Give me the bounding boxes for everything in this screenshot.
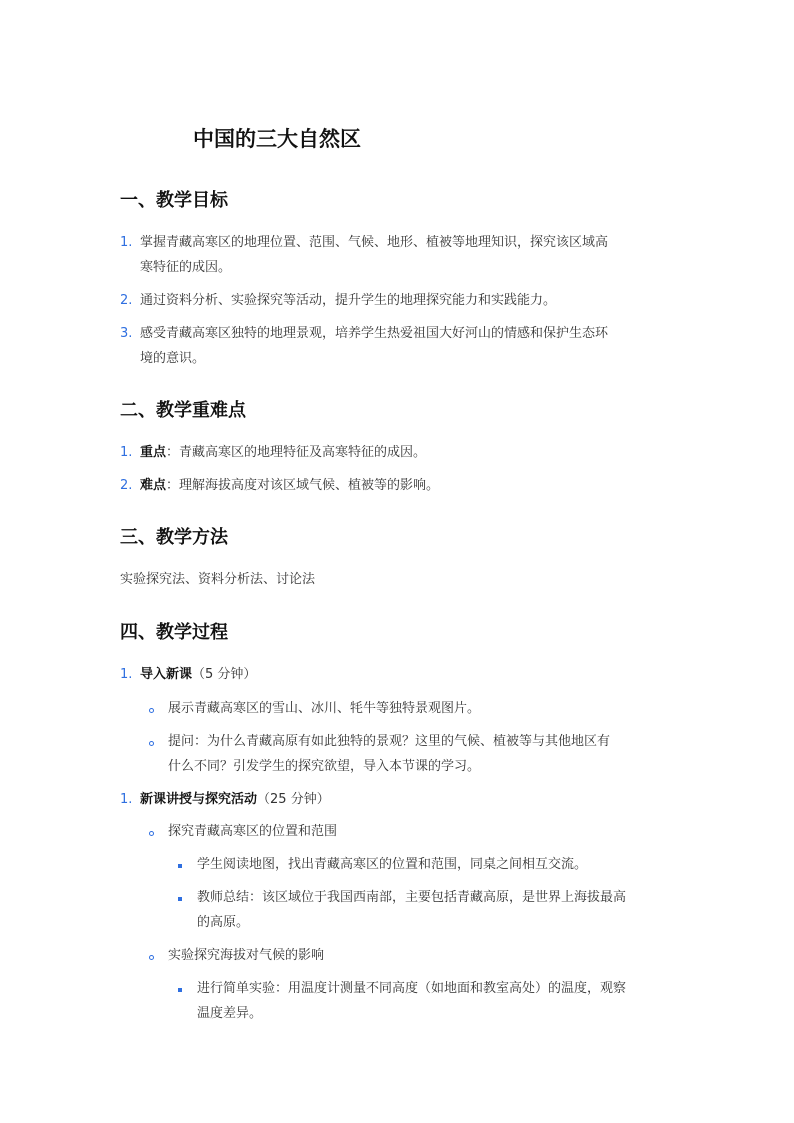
circle-bullet-icon	[149, 955, 154, 960]
sub-bullet-item-continuation: 温度差异。	[197, 1002, 680, 1026]
list-text: 感受青藏高寒区独特的地理景观，培养学生热爱祖国大好河山的情感和保护生态环	[140, 322, 680, 346]
list-text: 境的意识。	[140, 347, 680, 371]
sub-bullet-item: 教师总结：该区域位于我国西南部，主要包括青藏高原，是世界上海拔最高	[197, 886, 680, 910]
list-number: 2.	[120, 474, 132, 498]
section-heading-objectives: 一、教学目标	[120, 188, 228, 214]
list-number: 1.	[120, 231, 132, 255]
circle-bullet-icon	[149, 741, 154, 746]
step-label: 导入新课	[140, 667, 192, 682]
list-text: ：青藏高寒区的地理特征及高寒特征的成因。	[166, 445, 426, 460]
sub-bullet-text: 的高原。	[197, 915, 249, 930]
square-bullet-icon	[178, 988, 182, 992]
bullet-item: 实验探究海拔对气候的影响	[168, 944, 680, 968]
step-label: 新课讲授与探究活动	[140, 792, 257, 807]
list-text: 寒特征的成因。	[140, 256, 680, 280]
bullet-text: 探究青藏高寒区的位置和范围	[168, 824, 337, 839]
list-text: ：理解海拔高度对该区域气候、植被等的影响。	[166, 478, 439, 493]
sub-bullet-text: 教师总结：该区域位于我国西南部，主要包括青藏高原，是世界上海拔最高	[197, 890, 626, 905]
list-number: 1.	[120, 663, 132, 687]
list-label: 难点	[140, 478, 166, 493]
list-number: 3.	[120, 322, 132, 346]
square-bullet-icon	[178, 897, 182, 901]
section-heading-key-points: 二、教学重难点	[120, 398, 246, 424]
sub-bullet-item: 进行简单实验：用温度计测量不同高度（如地面和教室高处）的温度，观察	[197, 977, 680, 1001]
list-label: 重点	[140, 445, 166, 460]
sub-bullet-item: 学生阅读地图，找出青藏高寒区的位置和范围，同桌之间相互交流。	[197, 853, 680, 877]
document-title: 中国的三大自然区	[0, 124, 674, 154]
sub-bullet-item-continuation: 的高原。	[197, 911, 680, 935]
bullet-item: 提问：为什么青藏高原有如此独特的景观？这里的气候、植被等与其他地区有	[168, 730, 680, 754]
bullet-item: 探究青藏高寒区的位置和范围	[168, 820, 680, 844]
bullet-text: 提问：为什么青藏高原有如此独特的景观？这里的气候、植被等与其他地区有	[168, 734, 610, 749]
sub-bullet-text: 温度差异。	[197, 1006, 262, 1021]
list-number: 1.	[120, 788, 132, 812]
bullet-item: 展示青藏高寒区的雪山、冰川、牦牛等独特景观图片。	[168, 697, 680, 721]
step-duration: （5 分钟）	[192, 667, 256, 682]
sub-bullet-text: 进行简单实验：用温度计测量不同高度（如地面和教室高处）的温度，观察	[197, 981, 626, 996]
methods-text: 实验探究法、资料分析法、讨论法	[120, 568, 315, 592]
list-number: 1.	[120, 441, 132, 465]
square-bullet-icon	[178, 864, 182, 868]
circle-bullet-icon	[149, 831, 154, 836]
bullet-text: 实验探究海拔对气候的影响	[168, 948, 324, 963]
circle-bullet-icon	[149, 708, 154, 713]
list-number: 2.	[120, 289, 132, 313]
list-text: 通过资料分析、实验探究等活动，提升学生的地理探究能力和实践能力。	[140, 289, 680, 313]
bullet-text: 什么不同？引发学生的探究欲望，导入本节课的学习。	[168, 759, 480, 774]
section-heading-methods: 三、教学方法	[120, 525, 228, 551]
bullet-item-continuation: 什么不同？引发学生的探究欲望，导入本节课的学习。	[168, 755, 680, 779]
sub-bullet-text: 学生阅读地图，找出青藏高寒区的位置和范围，同桌之间相互交流。	[197, 857, 587, 872]
step-duration: （25 分钟）	[257, 792, 330, 807]
section-heading-process: 四、教学过程	[120, 620, 228, 646]
bullet-text: 展示青藏高寒区的雪山、冰川、牦牛等独特景观图片。	[168, 701, 480, 716]
list-text: 掌握青藏高寒区的地理位置、范围、气候、地形、植被等地理知识，探究该区域高	[140, 231, 680, 255]
